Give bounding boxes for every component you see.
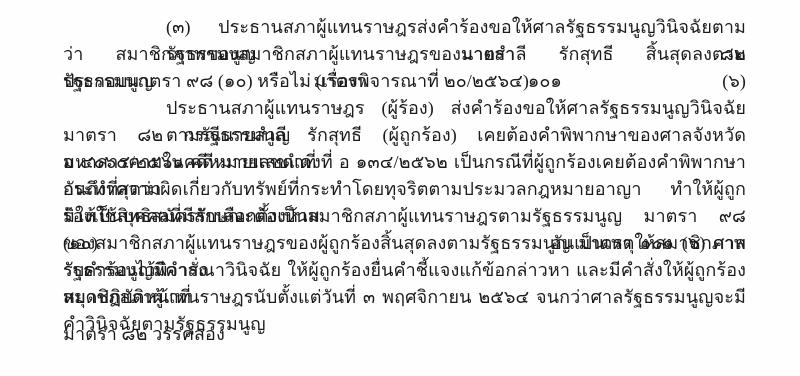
- text-line: ของสมาชิกสภาผู้แทนราษฎรของผู้ถูกร้องสิ้น…: [63, 230, 746, 257]
- text-line: ประธานสภาผู้แทนราษฎร (ผู้ร้อง) ส่งคำร้อง…: [63, 95, 746, 122]
- text-line: รับคำร้องไว้พิจารณาวินิจฉัย ให้ผู้ถูกร้อ…: [63, 257, 746, 284]
- document-page: (๓) ประธานสภาผู้แทนราษฎรส่งคำร้องขอให้ศา…: [0, 0, 800, 376]
- text-line: มาตรา ๘๒ กรณีนายสำลี รักสุทธี (ผู้ถูกร้อ…: [63, 122, 746, 149]
- text-line: อ ๔๐๖๔/๒๕๖๑ คดีหมายเลขแดงที่ อ ๑๓๔/๒๕๖๒ …: [63, 149, 746, 176]
- resolution-item-3-text: (๓) ประธานสภาผู้แทนราษฎรส่งคำร้องขอให้ศา…: [63, 14, 746, 348]
- text-line: มาตรา ๘๒ วรรคสอง: [63, 321, 746, 348]
- text-line: มิให้ใช้สิทธิสมัครรับเลือกตั้งเป็นสมาชิก…: [63, 203, 746, 230]
- text-line: ว่า สมาชิกภาพของสมาชิกสภาผู้แทนราษฎรของน…: [63, 41, 746, 68]
- text-line: สมาชิกสภาผู้แทนราษฎรนับตั้งแต่วันที่ ๓ พ…: [63, 284, 746, 311]
- text-line: (๓) ประธานสภาผู้แทนราษฎรส่งคำร้องขอให้ศา…: [63, 14, 746, 41]
- text-line: กระทำความผิดเกี่ยวกับทรัพย์ที่กระทำโดยทุ…: [63, 176, 746, 203]
